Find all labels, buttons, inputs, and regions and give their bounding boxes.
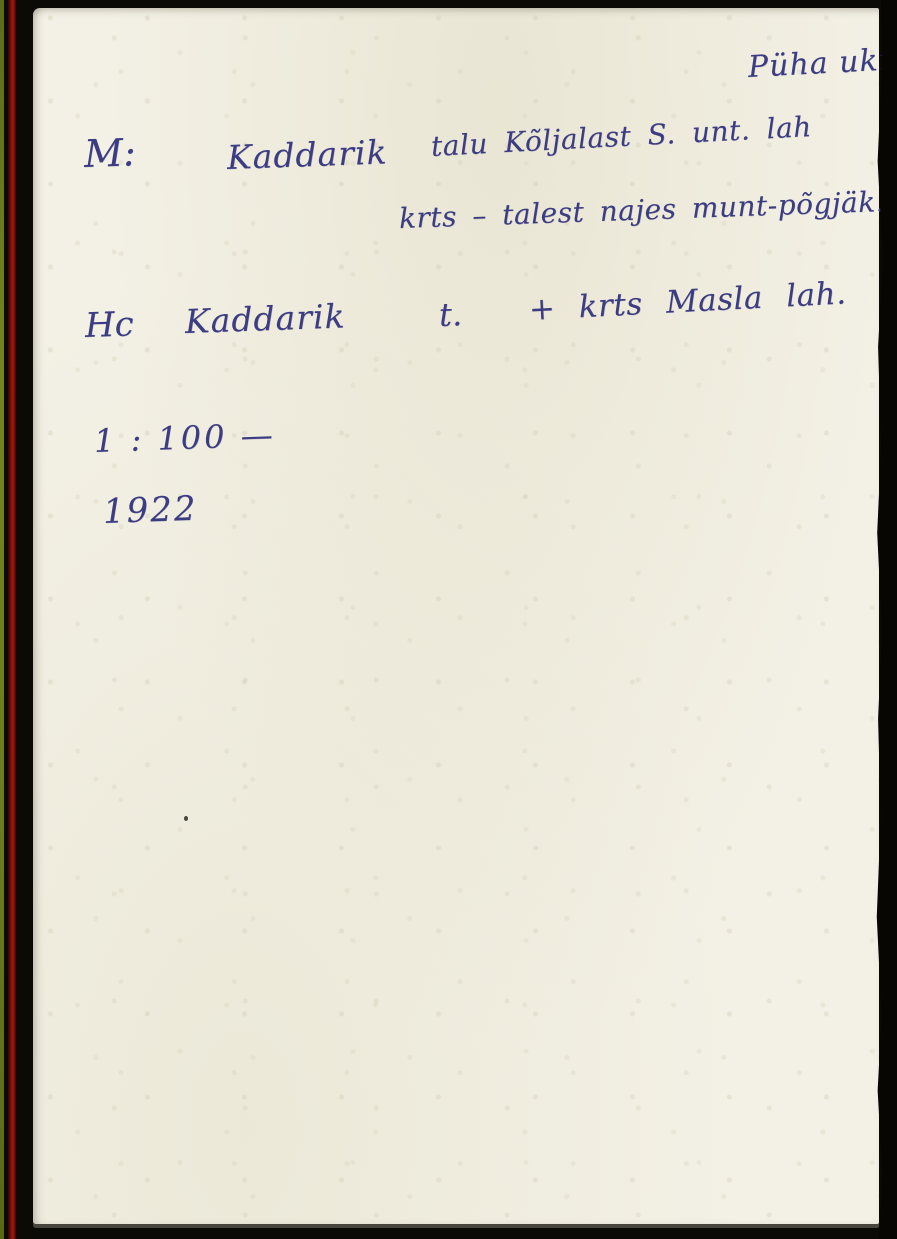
film-edge-stripe-green-icon — [0, 0, 4, 1239]
film-edge-stripe-red-icon — [8, 0, 16, 1239]
document-paper: Püha ukr. M: Kaddarik talu Kõljalast S. … — [33, 8, 879, 1224]
year-annotation: 1922 — [102, 489, 198, 532]
corner-annotation: Püha ukr. — [747, 42, 897, 85]
scale-annotation: 1 : 100 — — [93, 416, 276, 460]
row1-note: talu Kõljalast S. unt. lah — [430, 110, 812, 163]
ink-speck — [184, 816, 188, 821]
row3-surname: Kaddarik — [184, 296, 346, 341]
row3-field-label: Hc — [84, 304, 134, 346]
row3-abbreviation: t. — [438, 295, 462, 334]
row2-note: krts – talest najes munt-põgjäk. — [398, 185, 885, 235]
row1-surname: Kaddarik — [226, 132, 388, 177]
row3-note: + krts Masla lah. — [528, 275, 847, 328]
row1-field-label: M: — [83, 130, 136, 176]
scan-background: Püha ukr. M: Kaddarik talu Kõljalast S. … — [0, 0, 897, 1239]
